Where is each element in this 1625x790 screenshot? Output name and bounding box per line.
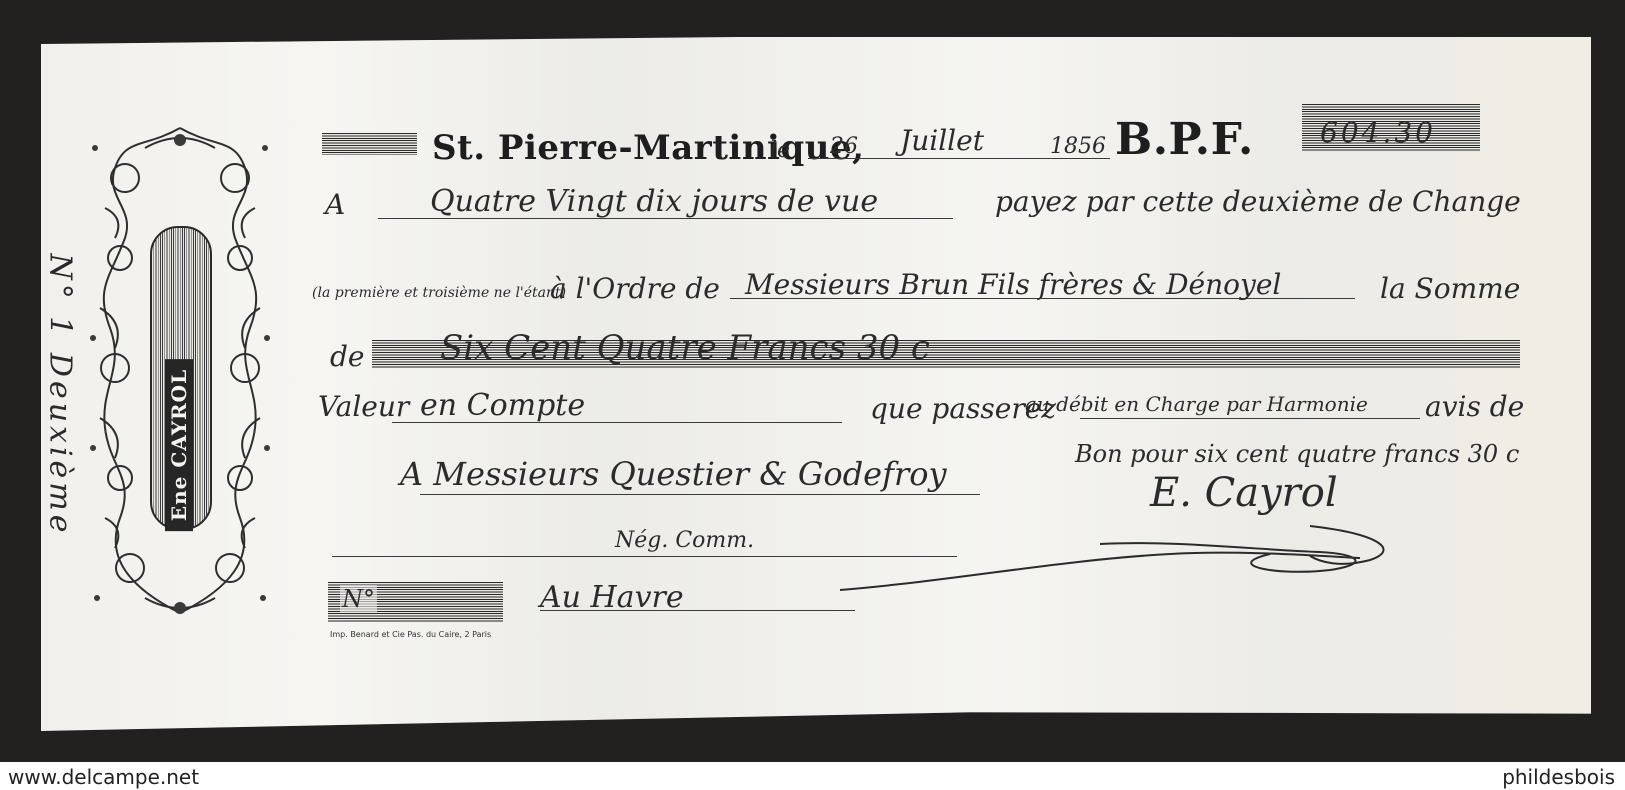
line4-handwritten: au débit en Charge par Harmonie [1025,392,1368,416]
watermark-left: www.delcampe.net [8,765,199,789]
line1-prefix: A [325,188,345,221]
hatch-bar-left [322,133,417,155]
vignette-name: Ene CAYROL [154,380,204,510]
payee: Messieurs Brun Fils frères & Dénoyel [745,268,1281,301]
value-text: en Compte [420,388,585,423]
signature-flourish-icon [840,510,1420,600]
line4-suffix: avis de [1425,390,1524,423]
place-printed: St. Pierre-Martinique, [432,128,864,168]
printer-imprint: Imp. Benard et Cie Pas. du Caire, 2 Pari… [330,630,491,639]
amount-figures: 604.30 [1320,116,1436,149]
line2-prefix: (la première et troisième ne l'étant) [312,285,566,301]
date-month: Juillet [900,124,984,157]
addressee: A Messieurs Questier & Godefroy [400,455,947,493]
good-for: Bon pour six cent quatre francs 30 c [1075,440,1519,468]
line1-suffix: payez par cette deuxième de Change [995,185,1521,218]
number-label: N° [340,585,377,613]
line3-prefix: de [330,340,365,373]
margin-note-text: N° 1 Deuxième [43,253,78,536]
addressee-rule [420,494,980,495]
line4-prefix: Valeur [318,390,409,423]
date-prefix: le [770,138,790,163]
watermark-right: phildesbois [1502,765,1615,789]
line2-suffix: la Somme [1380,272,1520,305]
addressee-note: Nég. Comm. [615,528,754,553]
vignette-name-text: Ene CAYROL [165,359,193,531]
date-year: 1856 [1050,134,1106,159]
amount-words: Six Cent Quatre Francs 30 c [440,328,930,368]
date-day: 26 [830,134,858,159]
handwritten-rule [1080,418,1420,419]
line2-order: à l'Ordre de [550,272,720,305]
destination-rule [540,610,855,611]
term: Quatre Vingt dix jours de vue [430,184,878,219]
margin-note: N° 1 Deuxième [40,145,80,645]
currency-label: B.P.F. [1115,114,1254,165]
